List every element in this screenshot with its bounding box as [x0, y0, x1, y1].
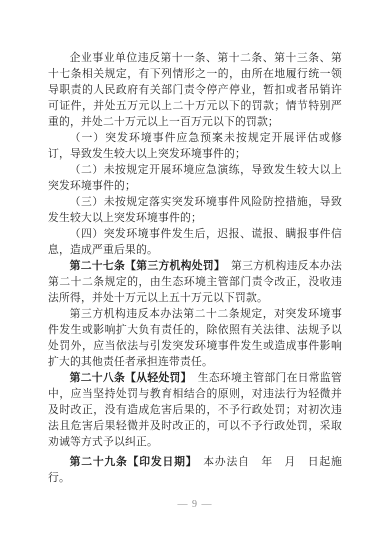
article-27-lead: 第二十七条【第三方机构处罚】 [70, 260, 226, 272]
paragraph-penalty-enterprises: 企业事业单位违反第十一条、第十二条、第十三条、第十七条相关规定，有下列情形之一的… [48, 50, 342, 130]
paragraph-text: （三）未按规定落实突发环境事件风险防控措施，导致发生较大以上突发环境事件的； [48, 196, 342, 224]
document-body: 企业事业单位违反第十一条、第十二条、第十三条、第十七条相关规定，有下列情形之一的… [48, 50, 342, 486]
paragraph-text: （一）突发环境事件应急预案未按规定开展评估或修订，导致发生较大以上突发环境事件的… [48, 132, 342, 160]
paragraph-text: 第三方机构违反本办法第二十二条规定，对突发环境事件发生或影响扩大负有责任的，除依… [48, 308, 342, 368]
paragraph-text: 企业事业单位违反第十一条、第十二条、第十三条、第十七条相关规定，有下列情形之一的… [48, 52, 342, 128]
paragraph-article-28: 第二十八条【从轻处罚】生态环境主管部门在日常监管中，应当坚持处罚与教育相结合的原… [48, 370, 342, 450]
paragraph-item-1: （一）突发环境事件应急预案未按规定开展评估或修订，导致发生较大以上突发环境事件的… [48, 130, 342, 162]
paragraph-text: （二）未按规定开展环境应急演练，导致发生较大以上突发环境事件的； [48, 164, 342, 192]
page-number: — 9 — [0, 499, 390, 510]
paragraph-article-29: 第二十九条【印发日期】本办法自 年 月 日起施行。 [48, 454, 342, 486]
paragraph-item-3: （三）未按规定落实突发环境事件风险防控措施，导致发生较大以上突发环境事件的； [48, 194, 342, 226]
article-29-lead: 第二十九条【印发日期】 [70, 456, 198, 468]
paragraph-article-27-cont: 第三方机构违反本办法第二十二条规定，对突发环境事件发生或影响扩大负有责任的，除依… [48, 306, 342, 370]
paragraph-text: （四）突发环境事件发生后，迟报、谎报、瞒报事件信息，造成严重后果的。 [48, 228, 342, 256]
paragraph-item-2: （二）未按规定开展环境应急演练，导致发生较大以上突发环境事件的； [48, 162, 342, 194]
paragraph-item-4: （四）突发环境事件发生后，迟报、谎报、瞒报事件信息，造成严重后果的。 [48, 226, 342, 258]
article-28-lead: 第二十八条【从轻处罚】 [70, 372, 192, 384]
document-page: 企业事业单位违反第十一条、第十二条、第十三条、第十七条相关规定，有下列情形之一的… [0, 0, 390, 551]
paragraph-article-27: 第二十七条【第三方机构处罚】第三方机构违反本办法第二十二条规定的，由生态环境主管… [48, 258, 342, 306]
